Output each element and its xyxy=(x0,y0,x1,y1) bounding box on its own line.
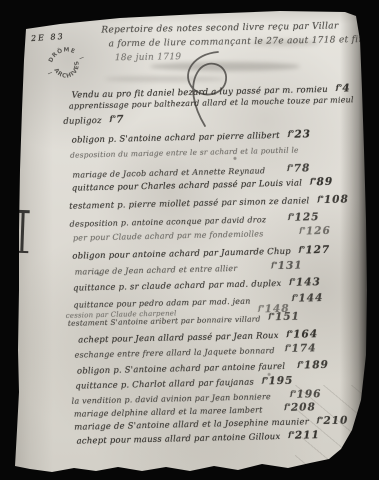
folio-number: 126 xyxy=(306,225,331,238)
entry-text: mariage de Jean achard et entre allier xyxy=(75,264,238,277)
folio-reference: f°4 xyxy=(336,82,351,94)
entry-text: desposition du mariage entre le sr achar… xyxy=(70,146,299,160)
scanned-document: 2E 83 DRÔME ARCHIVES — — Repertoire des … xyxy=(0,0,379,480)
entry-text: quittance pour Charles achard passé par … xyxy=(72,178,303,193)
folio-reference: f°208 xyxy=(284,401,316,414)
folio-reference: f°195 xyxy=(262,375,294,388)
folio-number: 208 xyxy=(291,401,316,414)
entry-text: obligon p. S'antoine achard par pierre a… xyxy=(72,131,280,146)
folio-reference: f°108 xyxy=(317,193,349,206)
folio-number: 125 xyxy=(294,211,319,224)
folio-reference: f°143 xyxy=(289,276,321,289)
repertory-entry: obligon p. S'antoine achard par pierre a… xyxy=(72,128,304,145)
folio-number: 127 xyxy=(305,244,330,257)
folio-reference: f°131 xyxy=(271,259,303,272)
folio-reference: f°125 xyxy=(288,211,320,224)
entry-text: eschange entre frere allard la Jaquete b… xyxy=(74,346,274,360)
folio-number: 195 xyxy=(268,375,293,388)
folio-number: 78 xyxy=(294,162,311,174)
repertory-entry: testament p. pierre miollet passé par si… xyxy=(69,194,323,212)
folio-reference: f°189 xyxy=(297,359,329,372)
folio-number: 108 xyxy=(324,193,349,206)
folio-reference: f°23 xyxy=(288,128,311,141)
folio-reference: f°78 xyxy=(287,162,310,175)
manuscript-page: 2E 83 DRÔME ARCHIVES — — Repertoire des … xyxy=(0,0,379,480)
folio-number: 4 xyxy=(342,82,351,94)
entry-text: obligon pour antoine achard par Jaumarde… xyxy=(72,247,291,262)
entry-text: obligon p. S'antoine achard par antoine … xyxy=(77,362,285,377)
folio-number: 211 xyxy=(295,429,320,442)
entry-text: dupligoz xyxy=(63,116,102,127)
entry-text: testament p. pierre miollet passé par si… xyxy=(69,196,309,211)
folio-number: 131 xyxy=(278,259,303,272)
folio-number: 7 xyxy=(116,113,125,125)
folio-number: 151 xyxy=(275,311,300,324)
folio-reference: f°164 xyxy=(287,328,319,341)
folio-reference: f°210 xyxy=(317,414,349,427)
folio-number: 89 xyxy=(316,176,333,188)
folio-number: 143 xyxy=(296,276,321,289)
folio-reference: f°211 xyxy=(288,429,320,442)
folio-reference: f°89 xyxy=(310,176,333,189)
folio-reference: f°144 xyxy=(292,292,324,305)
folio-number: 210 xyxy=(323,414,348,427)
repertory-entry: desposition du mariage entre le sr achar… xyxy=(70,145,328,160)
folio-reference: f°196 xyxy=(290,388,322,401)
folio-number: 164 xyxy=(293,328,318,341)
folio-number: 144 xyxy=(298,292,323,305)
folio-reference: f°126 xyxy=(299,225,331,238)
entry-text: quittance p. sr claude achard par mad. d… xyxy=(73,279,282,294)
folio-number: 196 xyxy=(296,388,321,401)
entry-text: achept pour mauss allard par antoine Gil… xyxy=(76,432,280,447)
repertory-entry: quittance p. sr claude achard par mad. d… xyxy=(73,276,313,293)
folio-number: 23 xyxy=(294,128,311,140)
folio-reference: f°7 xyxy=(110,113,125,125)
entries-list: Vendu au pro fit daniel bezard a luy pas… xyxy=(0,0,379,480)
folio-reference: f°151 xyxy=(268,311,300,324)
repertory-entry: dupligozf°7 xyxy=(63,114,121,127)
folio-reference: f°127 xyxy=(299,244,331,257)
entry-text: testament S'antoine aribert par bonnaire… xyxy=(68,314,261,327)
entry-text: per pour Claude achard par me fondemioll… xyxy=(73,229,264,242)
folio-number: 189 xyxy=(304,359,329,372)
folio-number: 174 xyxy=(291,342,316,355)
folio-reference: f°174 xyxy=(285,342,317,355)
repertory-entry: mariage de Jean achard et entre allierf°… xyxy=(75,259,303,276)
